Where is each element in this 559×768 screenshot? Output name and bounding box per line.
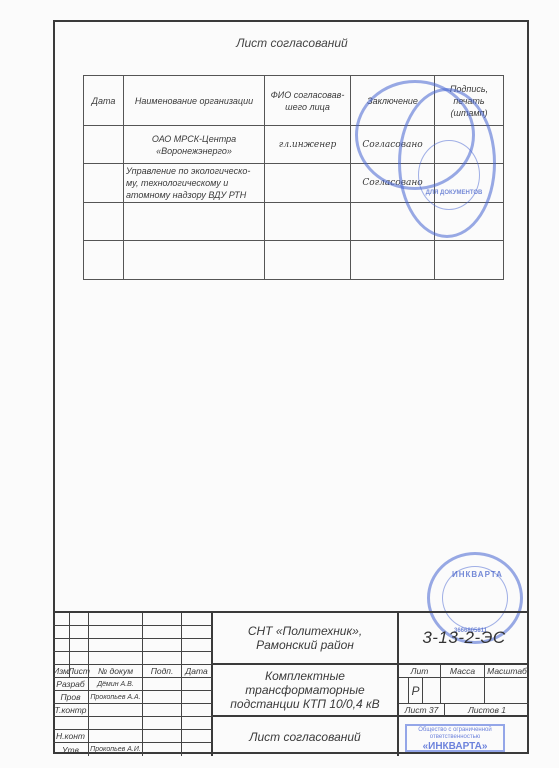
grid-cell <box>182 613 213 626</box>
grid-cell <box>89 652 143 665</box>
name-norm-control <box>89 730 143 743</box>
cell-person <box>265 164 351 203</box>
grid-cell <box>53 652 70 665</box>
cell-date <box>84 203 124 241</box>
col-date: Дата <box>182 665 213 678</box>
col-sign: Подп. <box>143 665 182 678</box>
grid-cell <box>143 639 182 652</box>
lit-value: Р <box>409 678 423 704</box>
grid-cell <box>89 639 143 652</box>
sign-cell <box>143 678 182 691</box>
cell-organization: Управление по экологическо-му, технологи… <box>124 164 265 203</box>
page-title: Лист согласований <box>53 36 531 50</box>
grid-cell <box>89 613 143 626</box>
role-tech-control: Т.контр <box>53 704 89 717</box>
name-approved: Прокопьев А.И. <box>89 743 143 756</box>
sheets-count: Листов 1 <box>445 704 529 717</box>
grid-cell <box>182 639 213 652</box>
sign-cell <box>143 730 182 743</box>
name-empty <box>89 717 143 730</box>
table-row <box>84 241 504 280</box>
grid-cell <box>53 626 70 639</box>
grid-cell <box>143 613 182 626</box>
sign-cell <box>143 743 182 756</box>
header-person: ФИО согласовав-шего лица <box>265 76 351 126</box>
header-organization: Наименование организации <box>124 76 265 126</box>
name-checker: Прокопьев А.А. <box>89 691 143 704</box>
document-code: 3-13-2-ЭС <box>399 613 529 665</box>
grid-cell <box>70 652 89 665</box>
header-date: Дата <box>84 76 124 126</box>
object-name: Комплектные трансформаторные подстанции … <box>213 665 399 717</box>
cell-organization <box>124 203 265 241</box>
cell-person <box>265 241 351 280</box>
grid-cell <box>70 626 89 639</box>
rect-stamp-line1: Общество с ограниченной ответственностью <box>407 727 503 741</box>
date-cell <box>182 678 213 691</box>
sheet-number: Лист 37 <box>399 704 445 717</box>
company-round-seal-name: ИНКВАРТА <box>452 570 503 579</box>
grid-cell <box>53 639 70 652</box>
grid-cell <box>143 652 182 665</box>
organization-name: СНТ «Политехник», Рамонский район <box>213 613 399 665</box>
date-cell <box>182 730 213 743</box>
date-cell <box>182 743 213 756</box>
date-cell <box>182 691 213 704</box>
grid-cell <box>70 613 89 626</box>
role-checker: Пров <box>53 691 89 704</box>
date-cell <box>182 704 213 717</box>
cell-date <box>84 164 124 203</box>
grid-cell <box>182 626 213 639</box>
role-approved: Утв <box>53 743 89 756</box>
cell-date <box>84 126 124 164</box>
col-doc-no: № докум <box>89 665 143 678</box>
cell-date <box>84 241 124 280</box>
name-tech-control <box>89 704 143 717</box>
mass-label: Масса <box>441 665 485 678</box>
sign-cell <box>143 717 182 730</box>
grid-cell <box>182 652 213 665</box>
scale-value <box>485 678 529 704</box>
mass-value <box>441 678 485 704</box>
company-rect-stamp: Общество с ограниченной ответственностью… <box>405 724 505 752</box>
grid-cell <box>53 613 70 626</box>
grid-cell <box>70 639 89 652</box>
round-seal-text: ДЛЯ ДОКУМЕНТОВ <box>424 190 484 196</box>
grid-cell <box>89 626 143 639</box>
lit-cell <box>399 678 409 704</box>
role-developer: Разраб <box>53 678 89 691</box>
cell-organization: ОАО МРСК-Центра «Воронежэнерго» <box>124 126 265 164</box>
rect-stamp-line2: «ИНКВАРТА» <box>407 741 503 752</box>
cell-conclusion <box>351 241 435 280</box>
date-cell <box>182 717 213 730</box>
round-seal-inner-ring <box>418 140 480 210</box>
sign-cell <box>143 691 182 704</box>
cell-person <box>265 203 351 241</box>
sign-cell <box>143 704 182 717</box>
cell-person-handwritten: гл.инженер <box>265 126 351 164</box>
cell-organization <box>124 241 265 280</box>
col-list: Лист <box>70 665 89 678</box>
role-empty <box>53 717 89 730</box>
lit-cell <box>423 678 441 704</box>
grid-cell <box>143 626 182 639</box>
name-developer: Дёмин А.В. <box>89 678 143 691</box>
lit-label: Лит <box>399 665 441 678</box>
role-norm-control: Н.конт <box>53 730 89 743</box>
sheet-name: Лист согласований <box>213 717 399 756</box>
scale-label: Масштаб <box>485 665 529 678</box>
cell-signature <box>435 241 504 280</box>
